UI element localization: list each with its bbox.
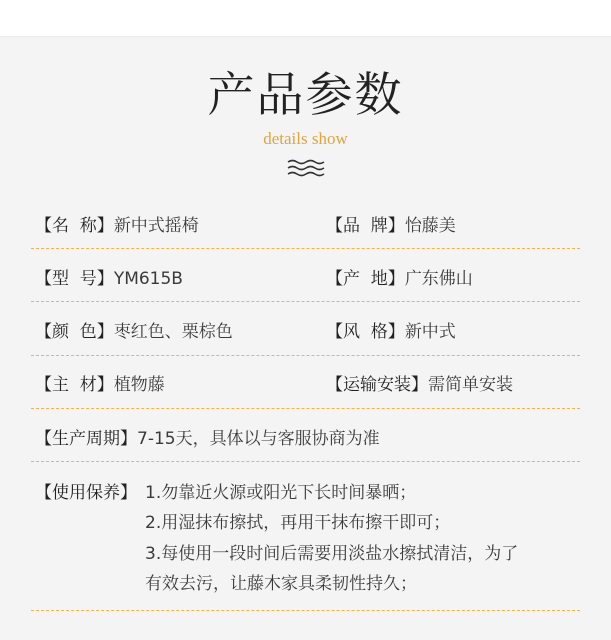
dashed-divider [31,610,580,611]
param-value: 需简单安装 [428,375,513,395]
param-shipping: 【运输安装】需简单安装 [326,373,513,397]
param-label: 【名 称】 [35,216,114,236]
param-label: 【颜 色】 [35,322,114,342]
dashed-divider [31,301,580,302]
param-origin: 【产 地】广东佛山 [326,267,473,291]
dashed-divider [31,408,580,409]
param-value: 新中式摇椅 [114,216,199,236]
param-value: 7-15天，具体以与客服协商为准 [137,429,380,449]
param-label: 【生产周期】 [35,429,137,449]
param-label: 【风 格】 [326,322,405,342]
dashed-divider [31,461,580,462]
param-style: 【风 格】新中式 [326,320,456,344]
care-line: 2.用湿抹布擦拭，再用干抹布擦干即可； [145,511,450,535]
param-label: 【使用保养】 [35,483,137,503]
param-value: YM615B [114,269,183,289]
dashed-divider [31,248,580,249]
param-brand: 【品 牌】怡藤美 [326,214,456,238]
param-label: 【产 地】 [326,269,405,289]
dashed-divider [31,355,580,356]
param-value: 新中式 [405,322,456,342]
param-model: 【型 号】YM615B [35,267,183,291]
param-label: 【品 牌】 [326,216,405,236]
param-value: 怡藤美 [405,216,456,236]
param-label: 【主 材】 [35,375,114,395]
param-label: 【型 号】 [35,269,114,289]
param-color: 【颜 色】枣红色、栗棕色 [35,320,233,344]
param-value: 广东佛山 [405,269,473,289]
param-care-label: 【使用保养】 [35,481,137,505]
care-line: 有效去污，让藤木家具柔韧性持久； [145,572,417,596]
top-white-strip [0,0,611,37]
care-line: 1.勿靠近火源或阳光下长时间暴晒； [145,481,416,505]
param-value: 植物藤 [114,375,165,395]
param-material: 【主 材】植物藤 [35,373,165,397]
care-line: 3.每使用一段时间后需要用淡盐水擦拭清洁，为了 [145,542,518,566]
page-title: 产品参数 [0,68,611,124]
wave-icon [287,159,325,177]
param-production-cycle: 【生产周期】7-15天，具体以与客服协商为准 [35,427,380,451]
param-label: 【运输安装】 [326,375,428,395]
page-subtitle: details show [0,128,611,150]
param-name: 【名 称】新中式摇椅 [35,214,199,238]
param-value: 枣红色、栗棕色 [114,322,233,342]
